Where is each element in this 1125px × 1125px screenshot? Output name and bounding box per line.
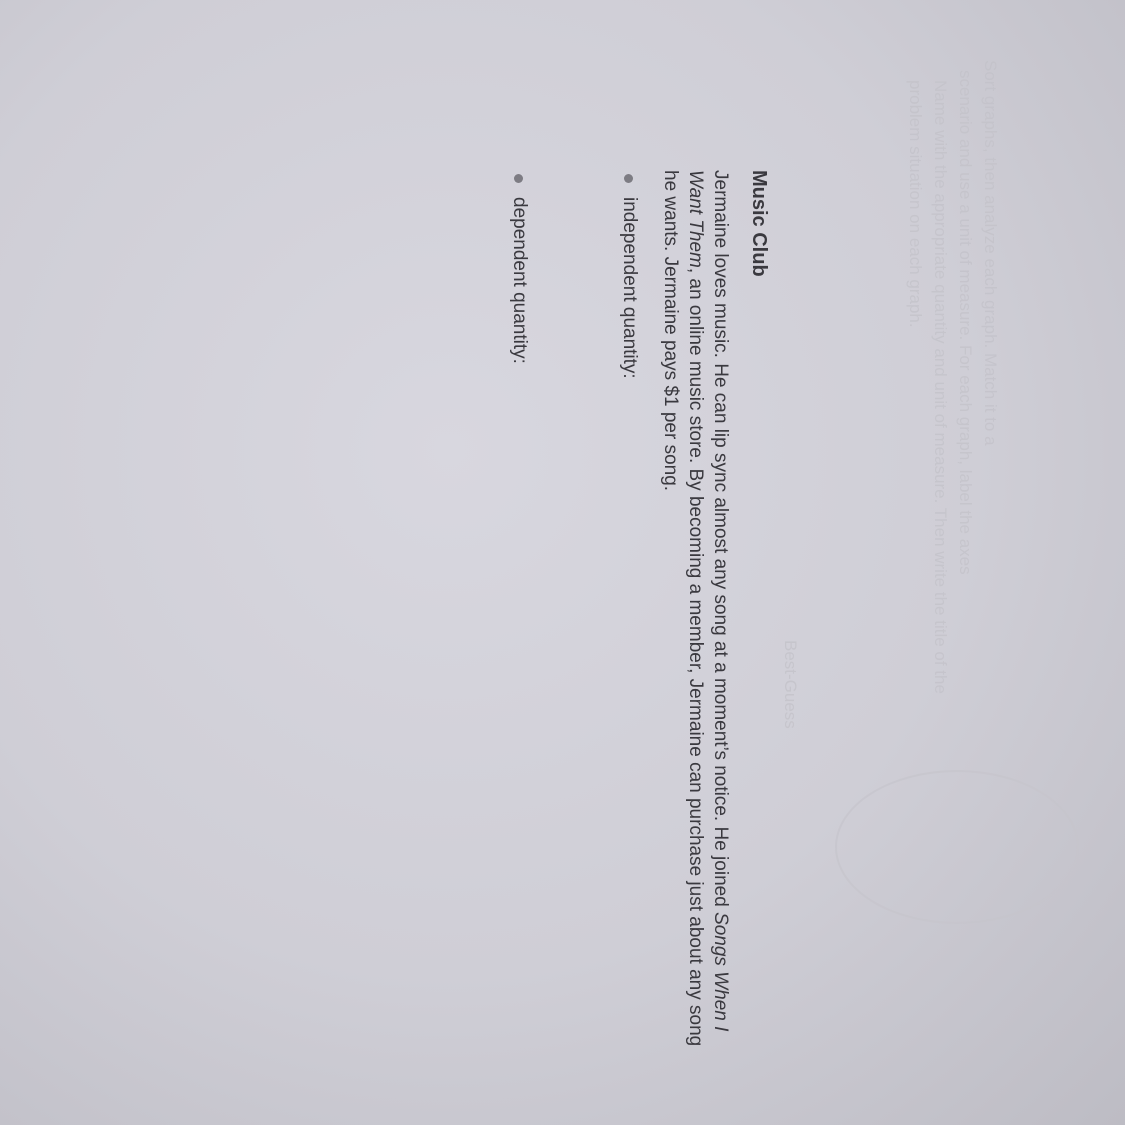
bullet-icon — [625, 174, 634, 183]
section-title: Music Club — [747, 170, 770, 1070]
bleed-through-text: problem situation on each graph. — [905, 80, 925, 328]
bullet-icon — [515, 174, 524, 183]
bleed-through-text: Name with the appropriate quantity and u… — [930, 80, 950, 694]
bullet-dependent-quantity: dependent quantity: — [508, 174, 530, 1070]
problem-paragraph: Jermaine loves music. He can lip sync al… — [658, 170, 733, 1060]
bleed-through-oval — [835, 770, 1079, 924]
bleed-through-text: Sort graphs, then analyze each graph. Ma… — [980, 60, 1000, 446]
bullet-independent-quantity: independent quantity: — [618, 174, 640, 1070]
bleed-through-text: Best-Guess — [780, 640, 800, 729]
worksheet: Music Club Jermaine loves music. He can … — [420, 170, 770, 1070]
bleed-through-text: scenario and use a unit of measure. For … — [955, 70, 975, 575]
